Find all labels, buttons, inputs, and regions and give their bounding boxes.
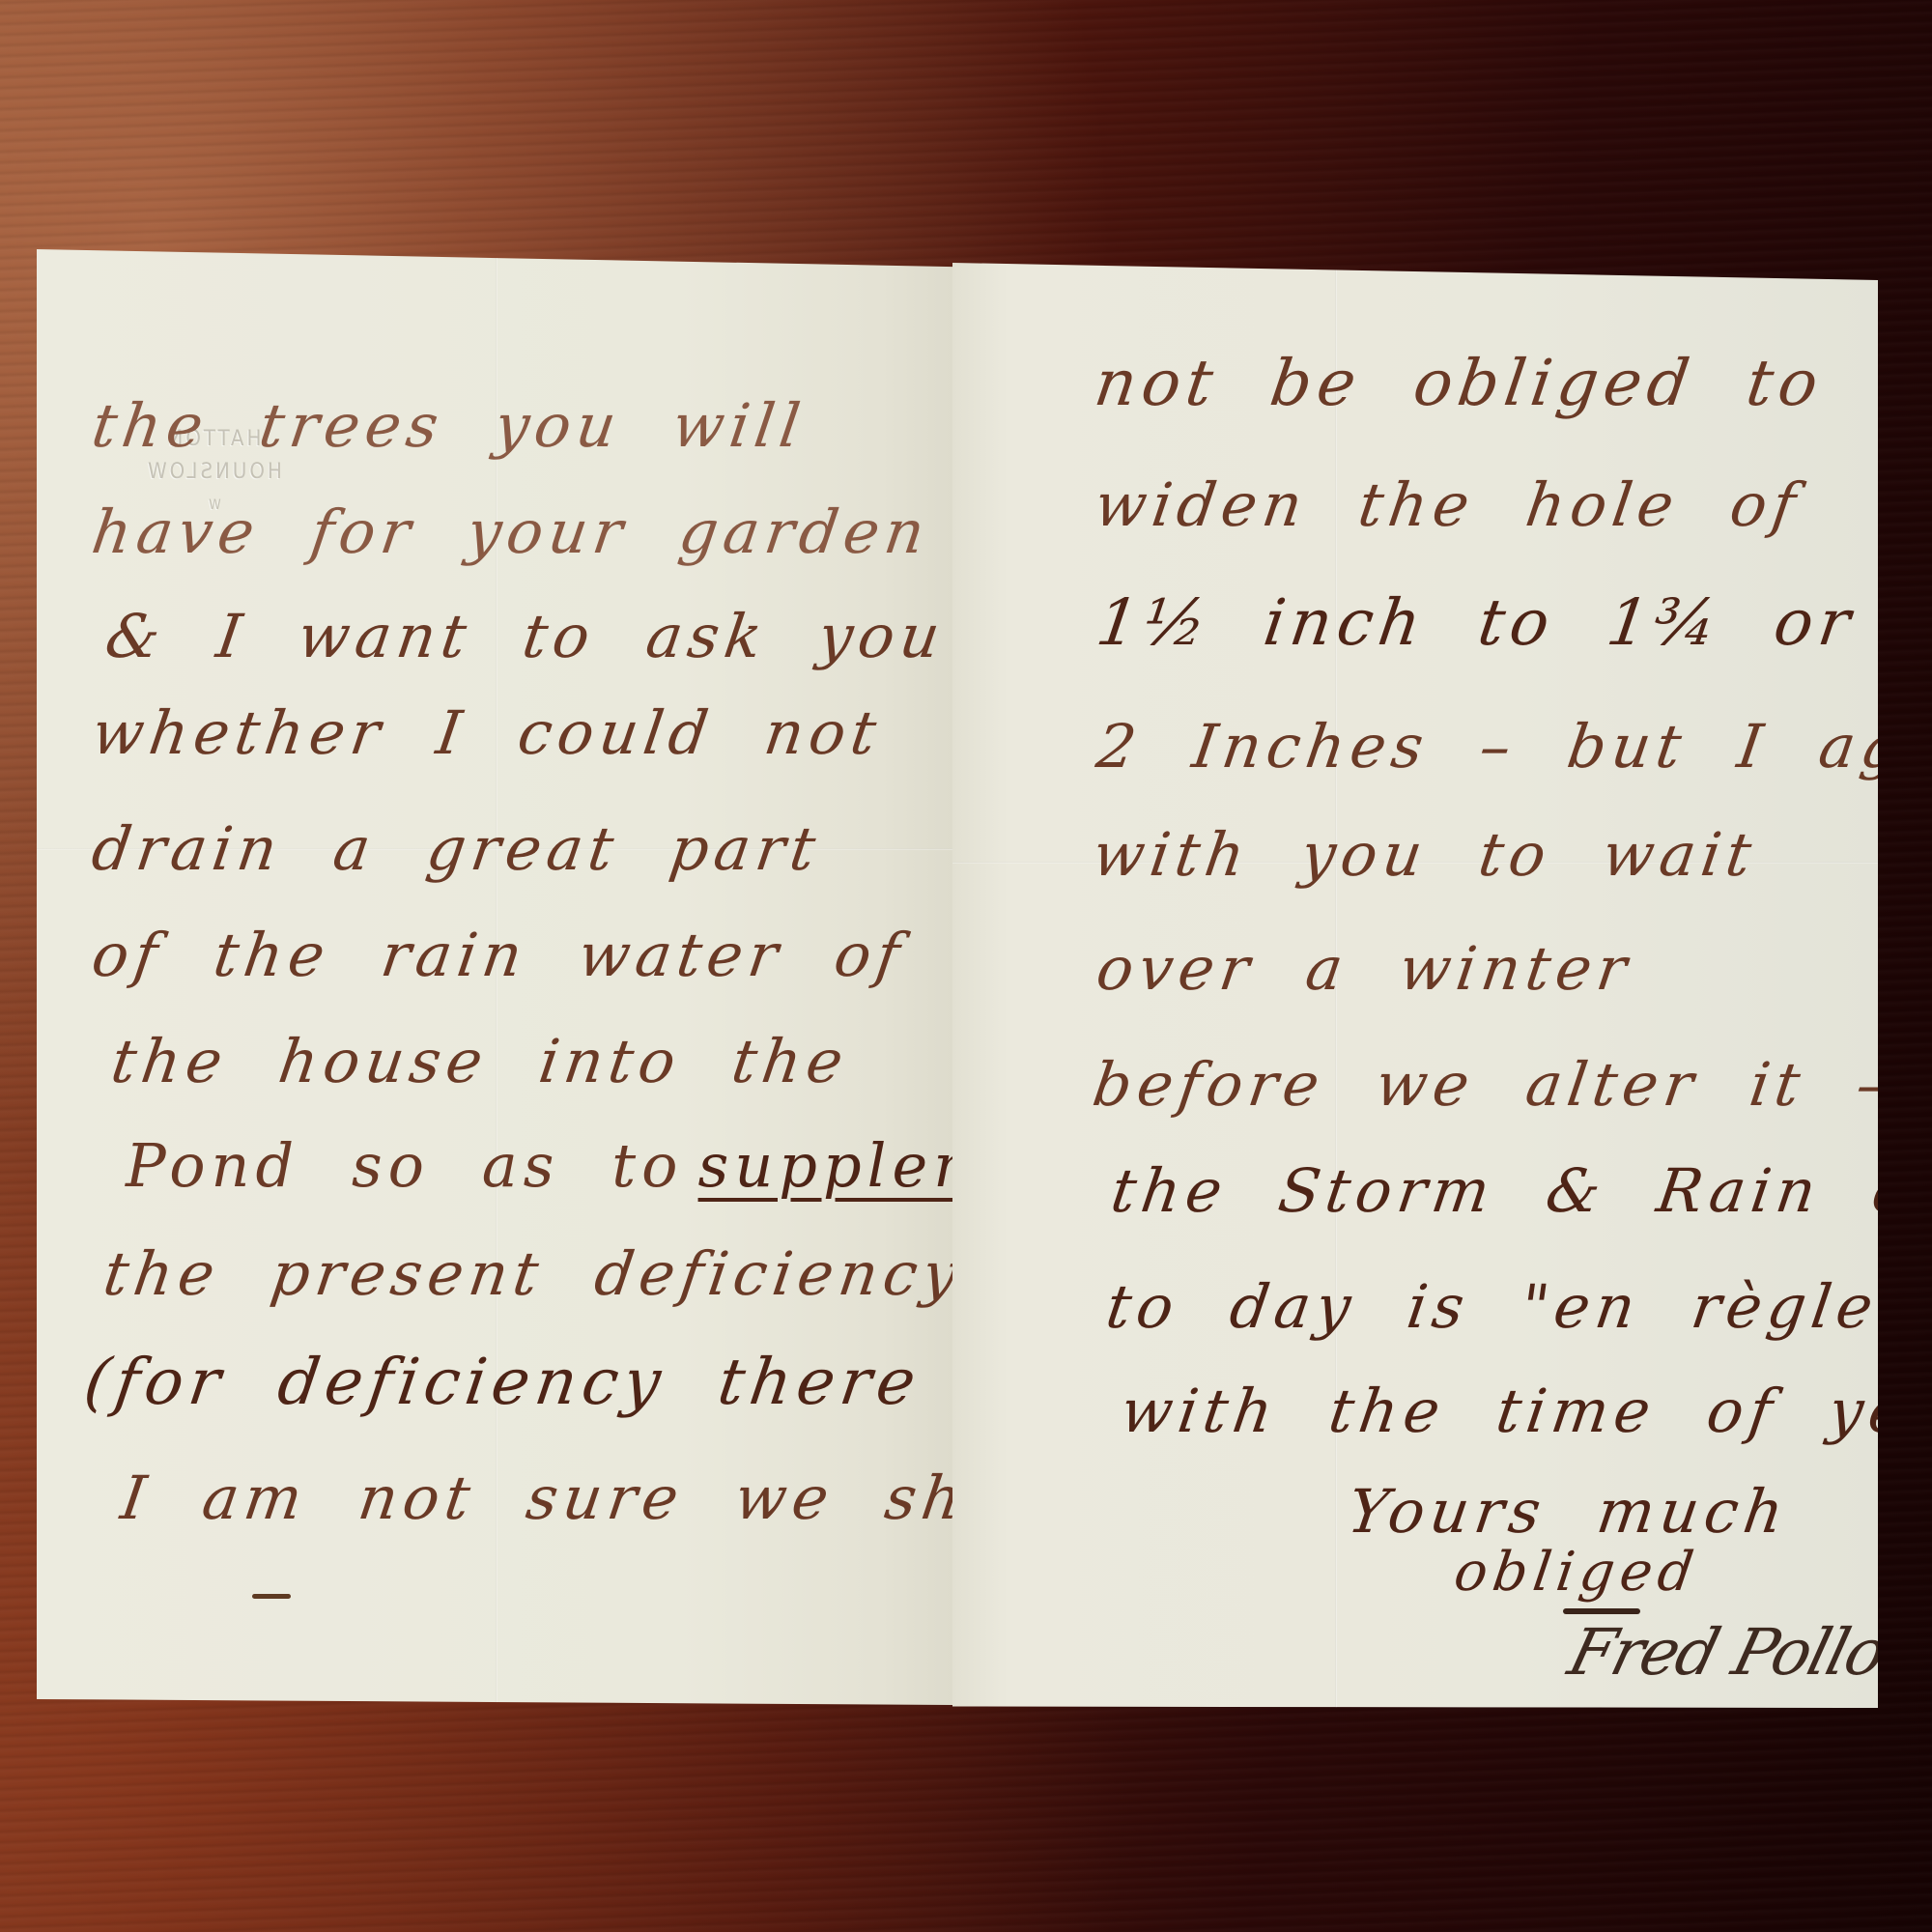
handwritten-line: I am not sure we shall — [118, 1468, 1063, 1528]
signature: Fred Pollock — [1561, 1615, 1932, 1690]
closing-line: Yours much — [1345, 1482, 1793, 1542]
handwritten-line: the trees you will — [89, 396, 810, 456]
ink-dash-mark — [252, 1594, 291, 1599]
handwritten-text: Pond so as to — [126, 1130, 683, 1201]
handwritten-line: the present deficiency — [100, 1244, 967, 1304]
handwritten-line: over a winter — [1094, 939, 1636, 999]
open-letter: HATTON HOUNSLOW W the trees you will hav… — [0, 0, 1932, 1932]
handwritten-line: the Storm & Rain of — [1108, 1161, 1932, 1221]
handwritten-line: widen the hole of — [1092, 475, 1805, 535]
handwritten-line: before we alter it – — [1090, 1055, 1897, 1115]
letterhead-line: HOUNSLOW — [145, 456, 282, 489]
handwritten-line: the house into the — [108, 1032, 853, 1092]
handwritten-line: with the time of year — [1118, 1381, 1932, 1441]
handwritten-line: with you to wait — [1090, 825, 1761, 885]
handwritten-line: have for your garden — [89, 502, 934, 562]
signature-flourish — [1563, 1608, 1640, 1614]
handwritten-line: 2 Inches – but I agree — [1094, 717, 1932, 777]
handwritten-line: drain a great part — [89, 819, 825, 879]
handwritten-line: not be obliged to — [1091, 352, 1827, 415]
handwritten-line: whether I could not — [89, 703, 886, 763]
handwritten-line: 1½ inch to 1¾ or — [1093, 591, 1860, 655]
handwritten-line: to day is "en règle" — [1103, 1277, 1916, 1337]
right-page: not be obliged to widen the hole of 1½ i… — [952, 263, 1878, 1708]
closing-line: obliged — [1451, 1546, 1702, 1600]
handwritten-line: & I want to ask you — [102, 607, 950, 667]
handwritten-line: of the rain water of — [89, 925, 909, 985]
left-page: HATTON HOUNSLOW W the trees you will hav… — [37, 249, 952, 1705]
